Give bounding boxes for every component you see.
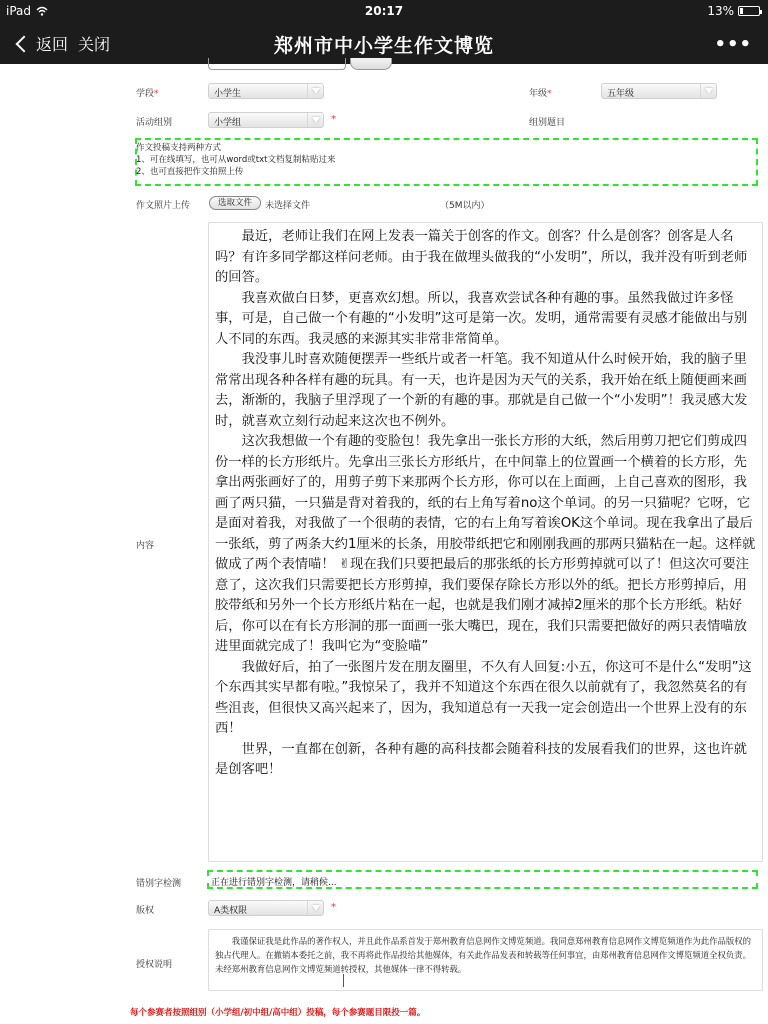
- tips-line-2: 2、也可直接把作文拍照上传: [136, 166, 336, 178]
- required-mark: *: [547, 89, 552, 99]
- content-paragraph: 我没事儿时喜欢随便摆弄一些纸片或者一杆笔。我不知道从什么时候开始，我的脑子里常常…: [215, 350, 756, 432]
- required-mark: *: [331, 114, 336, 125]
- content-paragraph: 我喜欢做白日梦，更喜欢幻想。所以，我喜欢尝试各种有趣的事。虽然我做过许多怪事，可…: [215, 289, 756, 351]
- typo-check-label: 错别字检测: [136, 876, 181, 889]
- stage-select[interactable]: 小学生: [208, 83, 324, 99]
- typo-check-status: 正在进行错别字检测，请稍候...: [211, 875, 337, 888]
- status-bar: iPad 20:17 13%: [0, 0, 768, 22]
- photo-upload-label: 作文照片上传: [136, 198, 190, 211]
- required-mark: *: [331, 902, 336, 913]
- group-label: 活动组别: [136, 115, 172, 128]
- tips-text: 作文投稿支持两种方式 1、可在线填写，也可从word或txt文档复制粘贴过来 2…: [136, 142, 336, 178]
- tips-title: 作文投稿支持两种方式: [136, 142, 336, 154]
- content-textarea[interactable]: 最近，老师让我们在网上发表一篇关于创客的作文。创客？什么是创客？创客是人名吗？有…: [208, 222, 763, 862]
- copyright-select[interactable]: A类权限: [208, 900, 324, 916]
- stage-value: 小学生: [214, 89, 241, 99]
- copyright-value: A类权限: [214, 906, 247, 916]
- dropdown-arrow-icon: [307, 113, 323, 127]
- authorization-textarea[interactable]: 我谨保证我是此作品的著作权人，并且此作品系首发于郑州教育信息网作文博览频道。我同…: [208, 929, 763, 991]
- required-mark: *: [154, 89, 159, 99]
- text-cursor: [343, 974, 344, 987]
- select-teacher-button[interactable]: [350, 58, 392, 70]
- content-paragraph: 我做好后，拍了一张图片发在朋友圈里，不久有人回复:小五，你这可不是什么“发明”这…: [215, 658, 756, 740]
- content-paragraph: 这次我想做一个有趣的变脸包！我先拿出一张长方形的大纸，然后用剪刀把它们剪成四份一…: [215, 432, 756, 658]
- grade-label-text: 年级: [529, 89, 547, 99]
- grade-select[interactable]: 五年级: [601, 83, 717, 99]
- authorization-label: 授权说明: [136, 957, 172, 970]
- battery-percent: 13%: [707, 4, 734, 18]
- file-size-limit: （5M以内）: [440, 198, 490, 211]
- dropdown-arrow-icon: [307, 901, 323, 915]
- group-select[interactable]: 小学组: [208, 112, 324, 128]
- file-status: 未选择文件: [265, 198, 310, 211]
- battery-icon: [738, 6, 760, 16]
- content-paragraph: 世界，一直都在创新，各种有趣的高科技都会随着科技的发展看我们的世界，这也许就是创…: [215, 740, 756, 781]
- group-topic-label: 组别题目: [529, 115, 565, 128]
- form-content: 学段* 小学生 年级* 五年级 活动组别 小学组 * 组别题目 作文投稿支持两种…: [0, 64, 768, 1024]
- choose-file-button[interactable]: 选取文件: [209, 196, 261, 210]
- content-label: 内容: [136, 538, 154, 551]
- dropdown-arrow-icon: [307, 84, 323, 98]
- page-title: 郑州市中小学生作文博览: [0, 31, 768, 58]
- stage-label-text: 学段: [136, 89, 154, 99]
- clock: 20:17: [0, 4, 768, 18]
- copyright-label: 版权: [136, 903, 154, 916]
- content-paragraph: 最近，老师让我们在网上发表一篇关于创客的作文。创客？什么是创客？创客是人名吗？有…: [215, 227, 756, 289]
- more-menu-button[interactable]: •••: [714, 34, 752, 55]
- teacher-input[interactable]: [208, 58, 346, 70]
- group-value: 小学组: [214, 118, 241, 128]
- tips-line-1: 1、可在线填写，也可从word或txt文档复制粘贴过来: [136, 154, 336, 166]
- dropdown-arrow-icon: [700, 84, 716, 98]
- grade-value: 五年级: [607, 89, 634, 99]
- grade-label: 年级*: [529, 86, 552, 99]
- stage-label: 学段*: [136, 86, 159, 99]
- submission-notice: 每个参赛者按照组别（小学组/初中组/高中组）投稿，每个参赛题目限投一篇。: [130, 1006, 425, 1018]
- authorization-text: 我谨保证我是此作品的著作权人，并且此作品系首发于郑州教育信息网作文博览频道。我同…: [215, 934, 756, 976]
